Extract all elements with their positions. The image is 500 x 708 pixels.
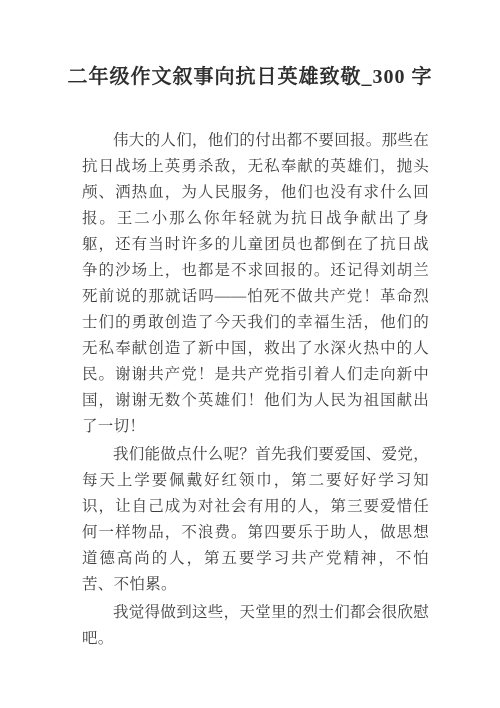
document-title: 二年级作文叙事向抗日英雄致敬_300 字	[0, 0, 500, 92]
document-page: 二年级作文叙事向抗日英雄致敬_300 字 伟大的人们，他们的付出都不要回报。那些…	[0, 0, 500, 708]
paragraph-3: 我觉得做到这些，天堂里的烈士们都会很欣慰吧。	[82, 600, 429, 652]
document-body: 伟大的人们，他们的付出都不要回报。那些在抗日战场上英勇杀敌，无私奉献的英雄们，抛…	[82, 128, 429, 652]
paragraph-2: 我们能做点什么呢？首先我们要爱国、爱党，每天上学要佩戴好红领巾，第二要好好学习知…	[82, 442, 429, 598]
paragraph-1: 伟大的人们，他们的付出都不要回报。那些在抗日战场上英勇杀敌，无私奉献的英雄们，抛…	[82, 128, 429, 440]
